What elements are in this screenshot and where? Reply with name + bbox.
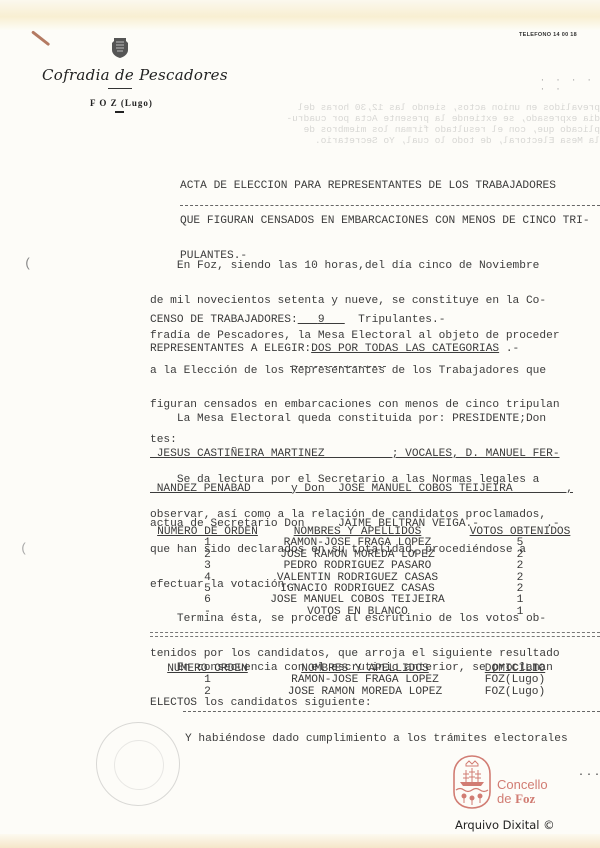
archive-label: Arquivo Dixital © xyxy=(455,818,555,832)
table-cell: PEDRO RODRIGUEZ PASARO xyxy=(265,561,450,572)
table-row: -VOTOS EN BLANCO1 xyxy=(150,607,600,618)
representantes-value: DOS POR TODAS LAS CATEGORIAS xyxy=(311,343,499,355)
scan-bottom-edge xyxy=(0,834,600,848)
representantes-line: REPRESENTANTES A ELEGIR:DOS POR TODAS LA… xyxy=(150,344,519,356)
closing-text: Y habiéndose dado cumplimiento a los trá… xyxy=(185,734,568,746)
divider xyxy=(290,366,386,367)
pencil-mark xyxy=(31,30,50,46)
censo-line: CENSO DE TRABAJADORES: 9 Tripulantes.- xyxy=(150,315,445,327)
censo-value: 9 xyxy=(318,314,325,326)
double-divider xyxy=(150,632,600,637)
table-cell: - xyxy=(150,607,265,618)
telephone: TELEFONO 14 00 18 xyxy=(519,32,577,38)
bleed-through-text: prevalidos en union actos, siendo las 12… xyxy=(300,102,600,146)
scan-top-edge xyxy=(0,0,600,30)
concello-foz-logo-icon xyxy=(452,754,492,810)
organization-name: Cofradia de Pescadores xyxy=(42,66,228,84)
continuation-marks: ... xyxy=(578,768,600,779)
table-cell: 2 xyxy=(450,561,590,572)
margin-mark: ( xyxy=(24,256,32,271)
divider xyxy=(183,711,600,712)
divider xyxy=(108,88,132,89)
table-row: 2JOSE RAMON MOREDA LOPEZFOZ(Lugo) xyxy=(150,687,600,698)
results-table: NUMERO DE ORDEN NOMBRES Y APELLIDOS VOTO… xyxy=(150,527,600,618)
table-cell: JOSE RAMON MOREDA LOPEZ xyxy=(265,687,465,698)
concello-foz-name: Concellode Foz xyxy=(497,778,548,806)
table-cell: FOZ(Lugo) xyxy=(465,687,565,698)
table-cell: VOTOS EN BLANCO xyxy=(265,607,450,618)
margin-mark: ( xyxy=(20,541,28,556)
faded-stamp-inner xyxy=(114,740,164,790)
table-cell: 3 xyxy=(150,561,265,572)
title-underline xyxy=(180,205,600,206)
divider xyxy=(115,111,124,113)
reference-dots: · · · · · · xyxy=(540,76,600,94)
elected-table: NUMERO ORDEN NOMBRES Y APELLIDOS DOMICIL… xyxy=(150,664,600,698)
organization-location: F O Z (Lugo) xyxy=(90,98,153,108)
table-cell: 2 xyxy=(150,687,265,698)
table-row: 3PEDRO RODRIGUEZ PASARO2 xyxy=(150,561,600,572)
coat-of-arms-icon xyxy=(110,36,130,58)
table-cell: 1 xyxy=(450,607,590,618)
